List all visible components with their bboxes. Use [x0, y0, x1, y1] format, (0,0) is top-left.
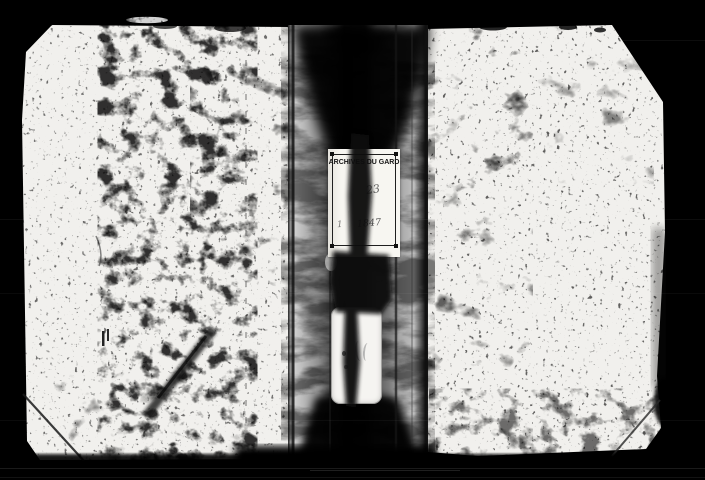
label-corner-dot [330, 152, 334, 156]
label-corner-dot [330, 244, 334, 248]
archive-label: ARCHIVES DU GARD 23 1 1847 [328, 149, 400, 257]
handwritten-year-prefix: 1 [337, 220, 343, 230]
headband-highlight [126, 17, 168, 23]
ink-dot [342, 351, 346, 356]
faint-pen-mark [362, 343, 372, 362]
photo-canvas: ARCHIVES DU GARD 23 1 1847 [0, 0, 705, 480]
archive-label-border [332, 154, 396, 246]
ink-dot [344, 365, 348, 369]
handwritten-number: 23 [365, 182, 381, 197]
label-corner-dot [394, 152, 398, 156]
right-cover [426, 24, 674, 457]
shelf-label [331, 307, 382, 404]
handwritten-year: 1847 [357, 217, 382, 230]
archive-label-heading: ARCHIVES DU GARD [328, 159, 400, 166]
label-corner-dot [394, 244, 398, 248]
left-cover [22, 23, 290, 461]
